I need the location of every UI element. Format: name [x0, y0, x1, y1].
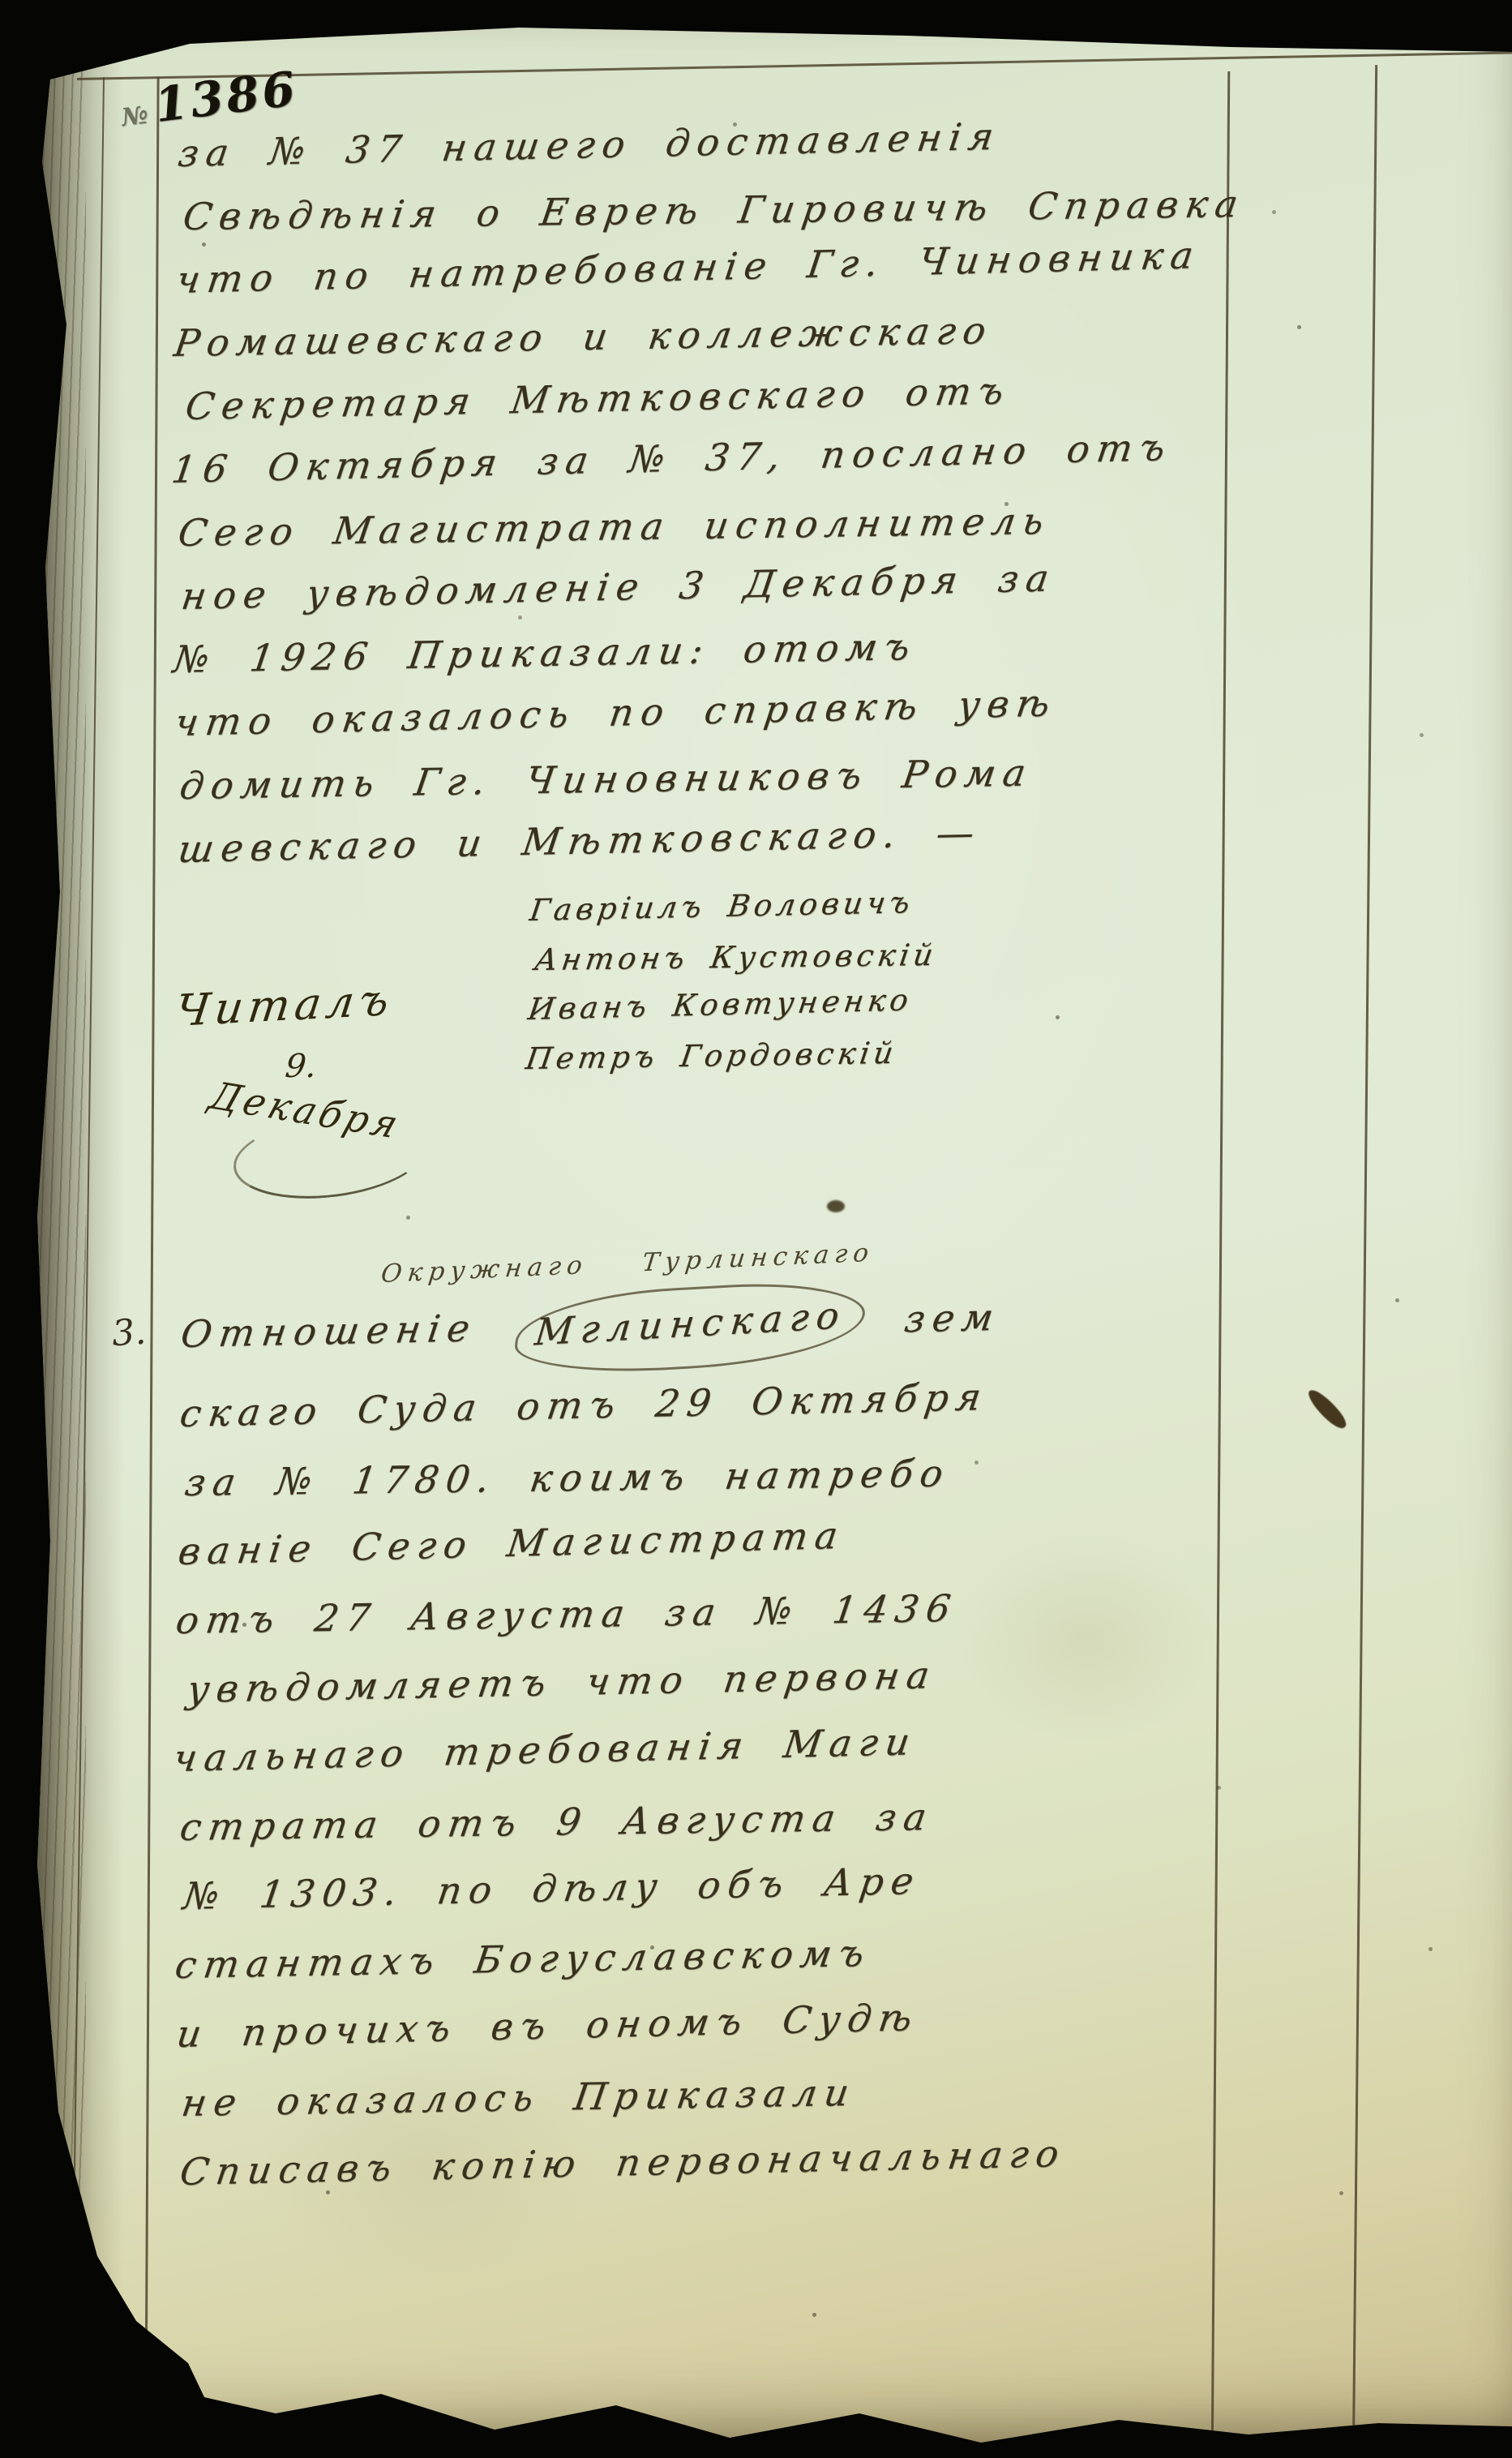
- underlying-page-edge: [511, 2, 920, 26]
- ink-blot: [1304, 1385, 1350, 1433]
- margin-note-word: Читалъ: [173, 974, 396, 1036]
- ink-smudge: [827, 1200, 845, 1212]
- text-line: Петръ Гордовскій: [522, 1027, 940, 1083]
- folio-number-prefix: №: [120, 101, 153, 132]
- text-line: Иванъ Ковтуненко: [525, 975, 941, 1034]
- entry-number: 3.: [110, 1311, 147, 1355]
- entry-3-text: Отношеніе Мглинскаго зем скаго Суда отъ …: [178, 1298, 1061, 2207]
- line-fragment: зем: [902, 1295, 1003, 1341]
- dust-specks: [0, 0, 2, 2]
- text-line: Гавріилъ Воловичъ: [526, 877, 940, 935]
- book-gutter-edge: [31, 0, 124, 2458]
- ruling-right-outer: [1352, 65, 1377, 2458]
- entry-continuation-text: за № 37 нашего доставленіяСвѣдѣнія о Евр…: [177, 122, 1241, 881]
- scan-background: { "document": { "kind": "handwritten jou…: [0, 0, 1512, 2458]
- signature-block: Гавріилъ ВоловичъАнтонъ КустовскійИванъ …: [529, 886, 935, 1083]
- text-line: за № 37 нашего доставленія: [174, 100, 1251, 185]
- interlinear-correction: Окружнаго Турлинскаго: [379, 1238, 876, 1289]
- document-page: №1386 за № 37 нашего доставленіяСвѣдѣнія…: [0, 0, 1512, 2458]
- circled-word: Мглинскаго: [512, 1277, 869, 1379]
- line-fragment: Отношеніе: [178, 1306, 480, 1356]
- margin-note-day: 9.: [284, 1048, 319, 1085]
- ruling-left-margin: [144, 77, 159, 2429]
